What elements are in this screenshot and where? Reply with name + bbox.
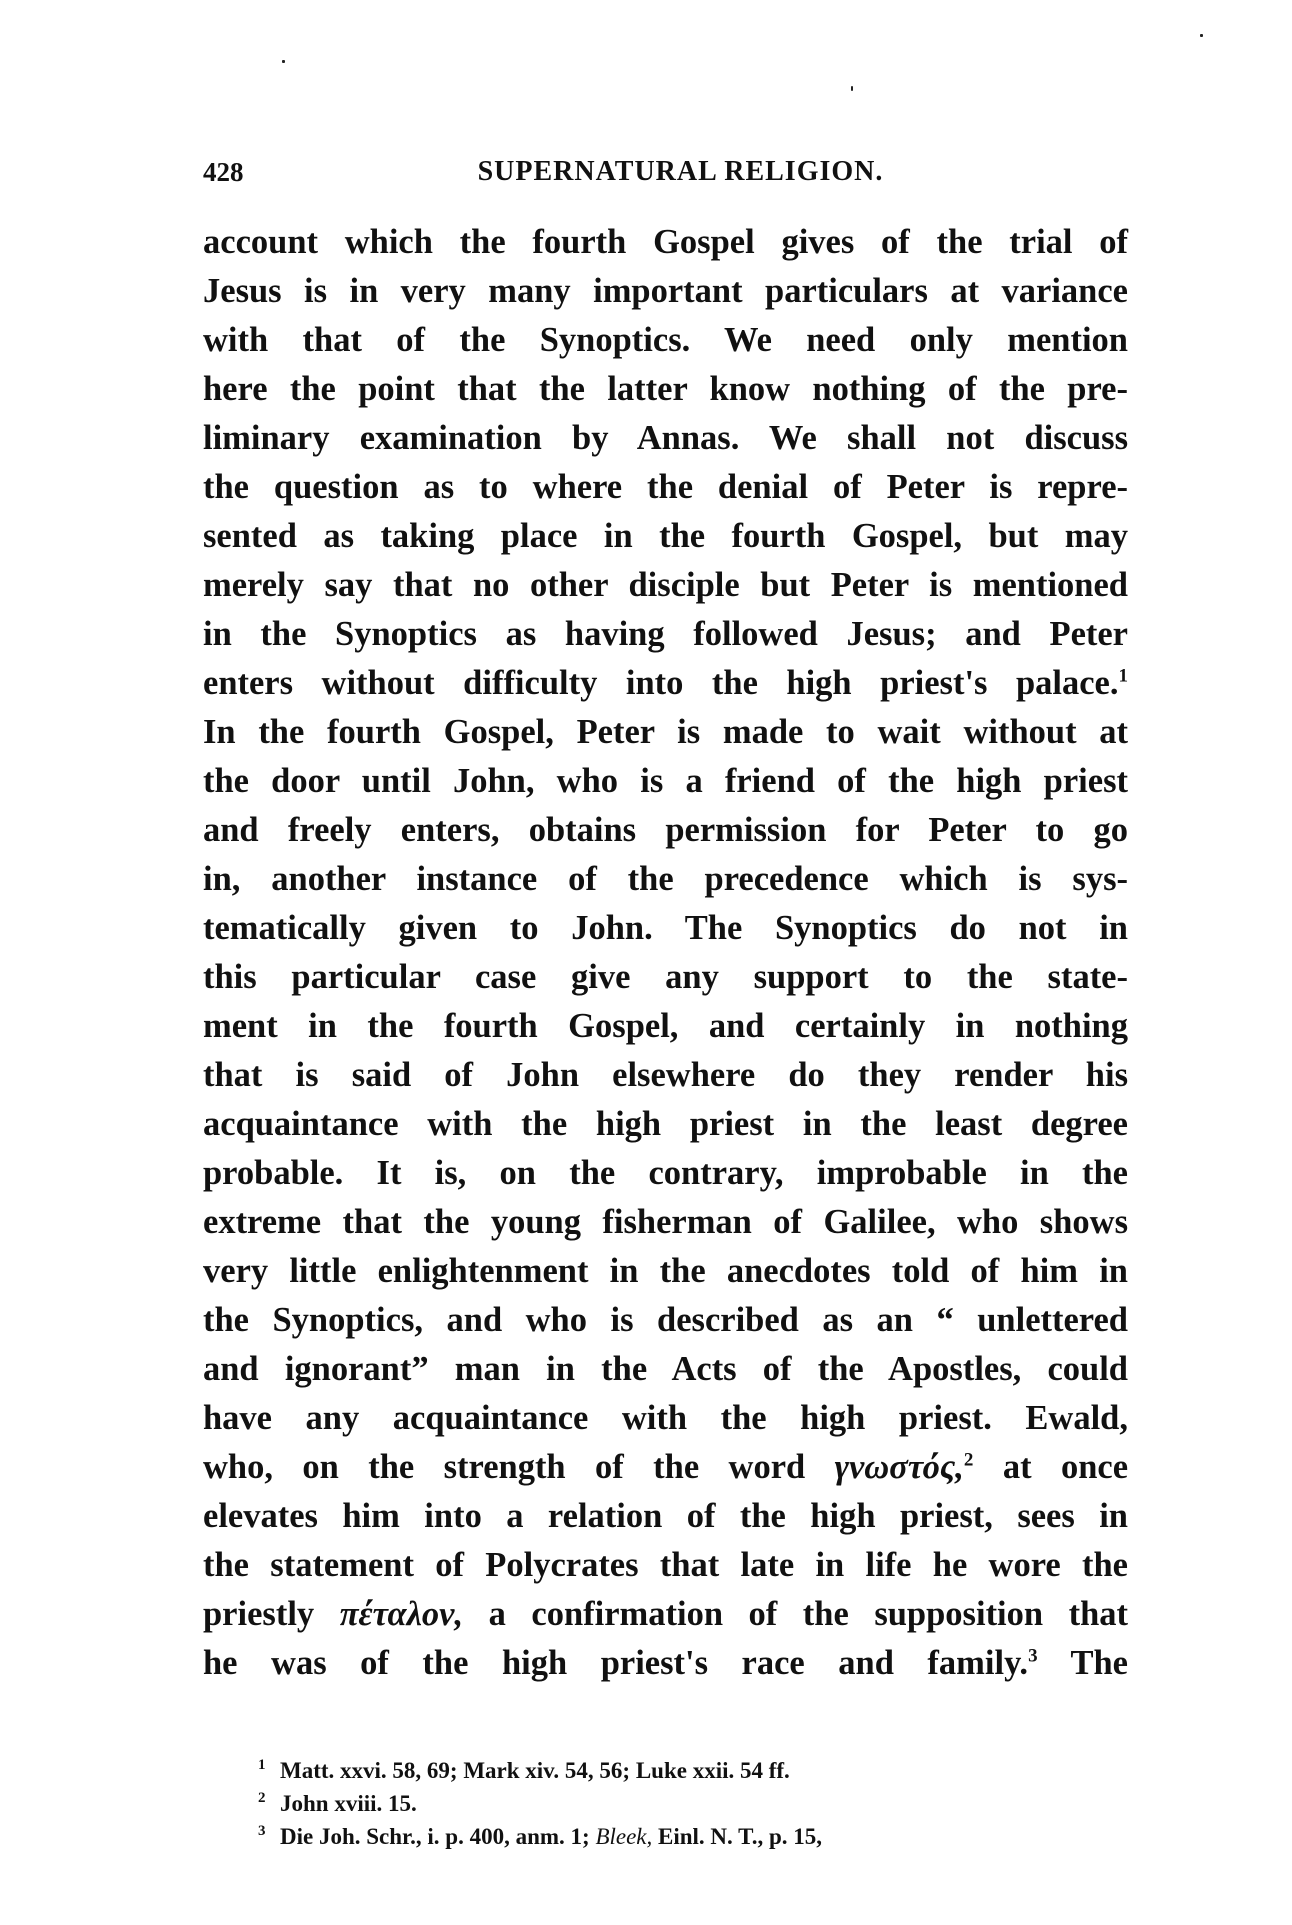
- text-line-with-footnote: enters without difficulty into the high …: [203, 659, 1128, 708]
- text-line: the Synoptics, and who is described as a…: [203, 1296, 1128, 1345]
- text-line: extreme that the young fisherman of Gali…: [203, 1198, 1128, 1247]
- body-text: account which the fourth Gospel gives of…: [203, 218, 1128, 1688]
- footnote-2: 2John xviii. 15.: [258, 1787, 1128, 1820]
- text-line: the door until John, who is a friend of …: [203, 757, 1128, 806]
- footnote-ref-3[interactable]: 3: [1028, 1646, 1038, 1667]
- text-line-with-footnote: he was of the high priest's race and fam…: [203, 1639, 1128, 1688]
- text-line: the statement of Polycrates that late in…: [203, 1541, 1128, 1590]
- footnotes: 1Matt. xxvi. 58, 69; Mark xiv. 54, 56; L…: [258, 1754, 1128, 1853]
- text-segment: who, on the strength of the word: [203, 1448, 805, 1486]
- text-line: have any acquaintance with the high prie…: [203, 1394, 1128, 1443]
- footnote-ref-2[interactable]: 2: [964, 1450, 974, 1471]
- footnote-text: Die Joh. Schr., i. p. 400, anm. 1;: [280, 1824, 590, 1849]
- scan-speck: [851, 86, 853, 91]
- text-line: with that of the Synoptics. We need only…: [203, 316, 1128, 365]
- text-line-with-greek: priestly πέταλον, a confirmation of the …: [203, 1590, 1128, 1639]
- text-line: account which the fourth Gospel gives of…: [203, 218, 1128, 267]
- text-line: this particular case give any support to…: [203, 953, 1128, 1002]
- text-line: and freely enters, obtains permission fo…: [203, 806, 1128, 855]
- text-line: liminary examination by Annas. We shall …: [203, 414, 1128, 463]
- text-line: merely say that no other disciple but Pe…: [203, 561, 1128, 610]
- text-line: and ignorant” man in the Acts of the Apo…: [203, 1345, 1128, 1394]
- text-line: acquaintance with the high priest in the…: [203, 1100, 1128, 1149]
- text-segment: a confirmation of the supposition that: [489, 1595, 1128, 1633]
- footnote-3: 3Die Joh. Schr., i. p. 400, anm. 1; Blee…: [258, 1820, 1128, 1853]
- text-line: that is said of John elsewhere do they r…: [203, 1051, 1128, 1100]
- running-title: SUPERNATURAL RELIGION.: [203, 150, 1128, 194]
- footnote-text: Matt. xxvi. 58, 69; Mark xiv. 54, 56; Lu…: [280, 1758, 790, 1783]
- footnote-ref-1[interactable]: 1: [1119, 666, 1129, 687]
- text-line: Jesus is in very many important particul…: [203, 267, 1128, 316]
- text-segment: The: [1070, 1644, 1128, 1682]
- text-line: sented as taking place in the fourth Gos…: [203, 512, 1128, 561]
- scan-speck: [282, 60, 285, 63]
- text-line-with-greek: who, on the strength of the word γνωστός…: [203, 1443, 1128, 1492]
- scan-speck: [1200, 34, 1203, 37]
- text-line: in, another instance of the precedence w…: [203, 855, 1128, 904]
- greek-word: γνωστός,: [835, 1448, 964, 1486]
- text-segment: at once: [1003, 1448, 1128, 1486]
- text-segment: enters without difficulty into the high …: [203, 664, 1119, 702]
- greek-word: πέταλον,: [340, 1595, 463, 1633]
- text-line: elevates him into a relation of the high…: [203, 1492, 1128, 1541]
- text-line: the question as to where the denial of P…: [203, 463, 1128, 512]
- text-segment: priestly: [203, 1595, 314, 1633]
- footnote-italic-author: Bleek,: [595, 1824, 652, 1849]
- text-line: in the Synoptics as having followed Jesu…: [203, 610, 1128, 659]
- footnote-text: John xviii. 15.: [280, 1791, 417, 1816]
- text-line: In the fourth Gospel, Peter is made to w…: [203, 708, 1128, 757]
- text-line: ment in the fourth Gospel, and certainly…: [203, 1002, 1128, 1051]
- text-line: tematically given to John. The Synoptics…: [203, 904, 1128, 953]
- text-line: probable. It is, on the contrary, improb…: [203, 1149, 1128, 1198]
- footnote-1: 1Matt. xxvi. 58, 69; Mark xiv. 54, 56; L…: [258, 1754, 1128, 1787]
- footnote-text: Einl. N. T., p. 15,: [658, 1824, 822, 1849]
- running-header: 428 SUPERNATURAL RELIGION.: [203, 150, 1128, 194]
- text-segment: he was of the high priest's race and fam…: [203, 1644, 1028, 1682]
- text-line: very little enlightenment in the anecdot…: [203, 1247, 1128, 1296]
- text-line: here the point that the latter know noth…: [203, 365, 1128, 414]
